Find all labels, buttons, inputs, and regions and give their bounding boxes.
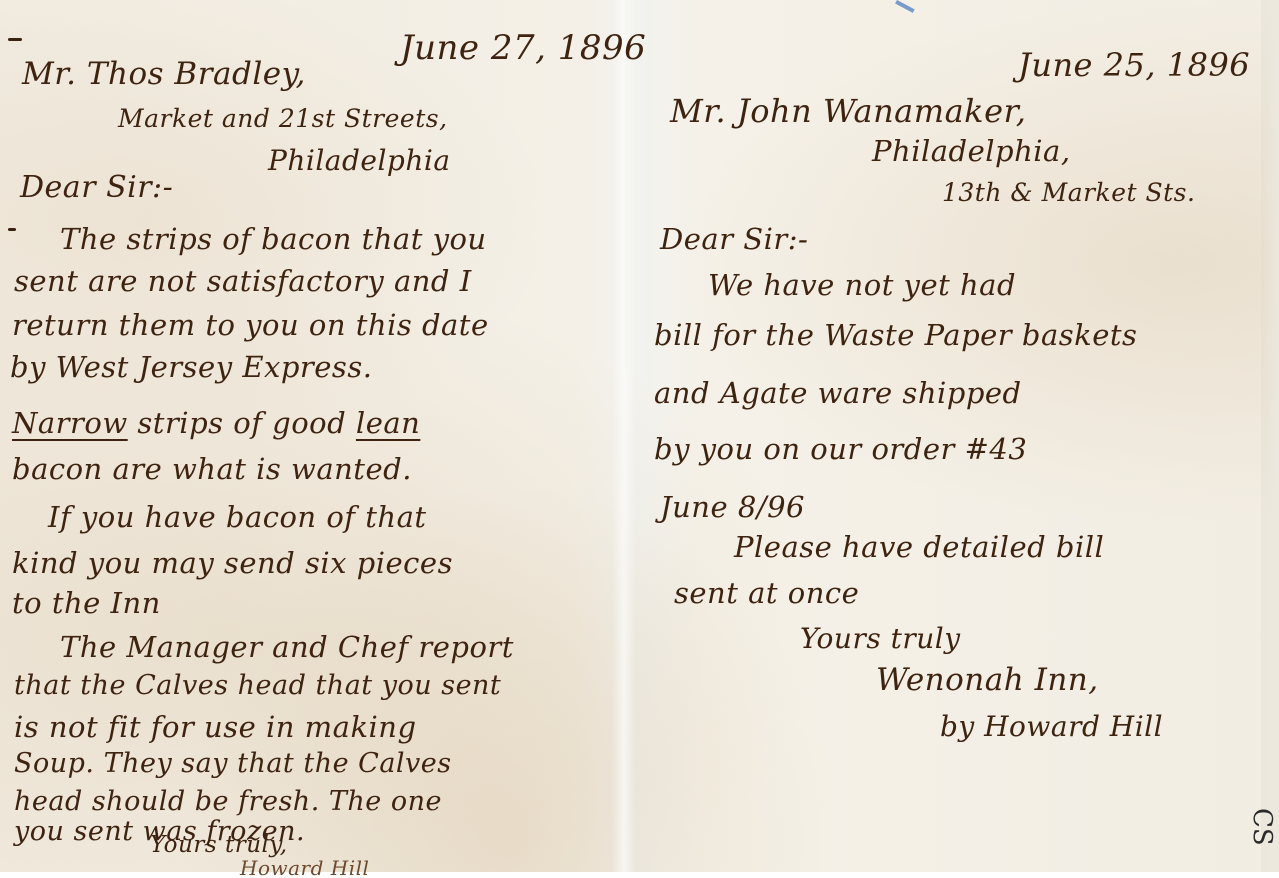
body-line: If you have bacon of that	[48, 500, 427, 534]
body-line-with-underlines: Narrow strips of good lean	[12, 406, 420, 440]
underlined-word: Narrow	[12, 406, 128, 440]
body-line: is not fit for use in making	[14, 710, 417, 744]
body-line: bill for the Waste Paper baskets	[654, 318, 1137, 352]
body-line: bacon are what is wanted.	[12, 452, 412, 486]
body-line: The Manager and Chef report	[60, 630, 514, 664]
recipient-address-street: 13th & Market Sts.	[942, 178, 1195, 207]
body-line: sent are not satisfactory and I	[14, 264, 472, 298]
recipient-name: Mr. Thos Bradley,	[22, 56, 306, 92]
body-line: sent at once	[674, 576, 859, 610]
body-line: head should be fresh. The one	[14, 786, 442, 817]
body-line: We have not yet had	[708, 268, 1016, 302]
letter-to-john-wanamaker: June 25, 1896 Mr. John Wanamaker, Philad…	[640, 0, 1260, 878]
recipient-address-city: Philadelphia	[268, 144, 451, 177]
body-line: The strips of bacon that you	[60, 222, 487, 256]
signature-inn-name: Wenonah Inn,	[876, 662, 1099, 698]
signature-signer: by Howard Hill	[940, 710, 1163, 743]
body-line: and Agate ware shipped	[654, 376, 1022, 410]
salutation: Dear Sir:-	[660, 222, 808, 256]
body-line: to the Inn	[12, 586, 161, 620]
body-line: June 8/96	[660, 490, 805, 524]
body-line: by you on our order #43	[654, 432, 1027, 466]
salutation: Dear Sir:-	[20, 170, 173, 205]
underlined-word: lean	[356, 406, 420, 440]
body-text: strips of good	[137, 406, 356, 440]
body-line: that the Calves head that you sent	[14, 670, 501, 701]
body-line: return them to you on this date	[12, 308, 489, 342]
recipient-address-street: Market and 21st Streets,	[118, 104, 448, 133]
recipient-name: Mr. John Wanamaker,	[670, 92, 1026, 130]
paper-fold	[612, 0, 636, 878]
recipient-address-city: Philadelphia,	[872, 134, 1071, 168]
closing: Yours truly	[800, 622, 961, 655]
letter-date: June 25, 1896	[1018, 46, 1250, 84]
body-line: kind you may send six pieces	[12, 546, 453, 580]
closing: Yours truly,	[150, 832, 288, 858]
body-line: by West Jersey Express.	[10, 350, 372, 384]
paper-right-edge	[1261, 0, 1279, 878]
body-line: Soup. They say that the Calves	[14, 748, 452, 779]
signature: Howard Hill	[240, 856, 369, 878]
letter-date: June 27, 1896	[400, 28, 646, 68]
body-line: Please have detailed bill	[734, 530, 1104, 564]
letter-to-thos-bradley: June 27, 1896 Mr. Thos Bradley, Market a…	[0, 0, 612, 878]
scanned-letter-sheet: CS June 27, 1896 Mr. Thos Bradley, Marke…	[0, 0, 1279, 878]
